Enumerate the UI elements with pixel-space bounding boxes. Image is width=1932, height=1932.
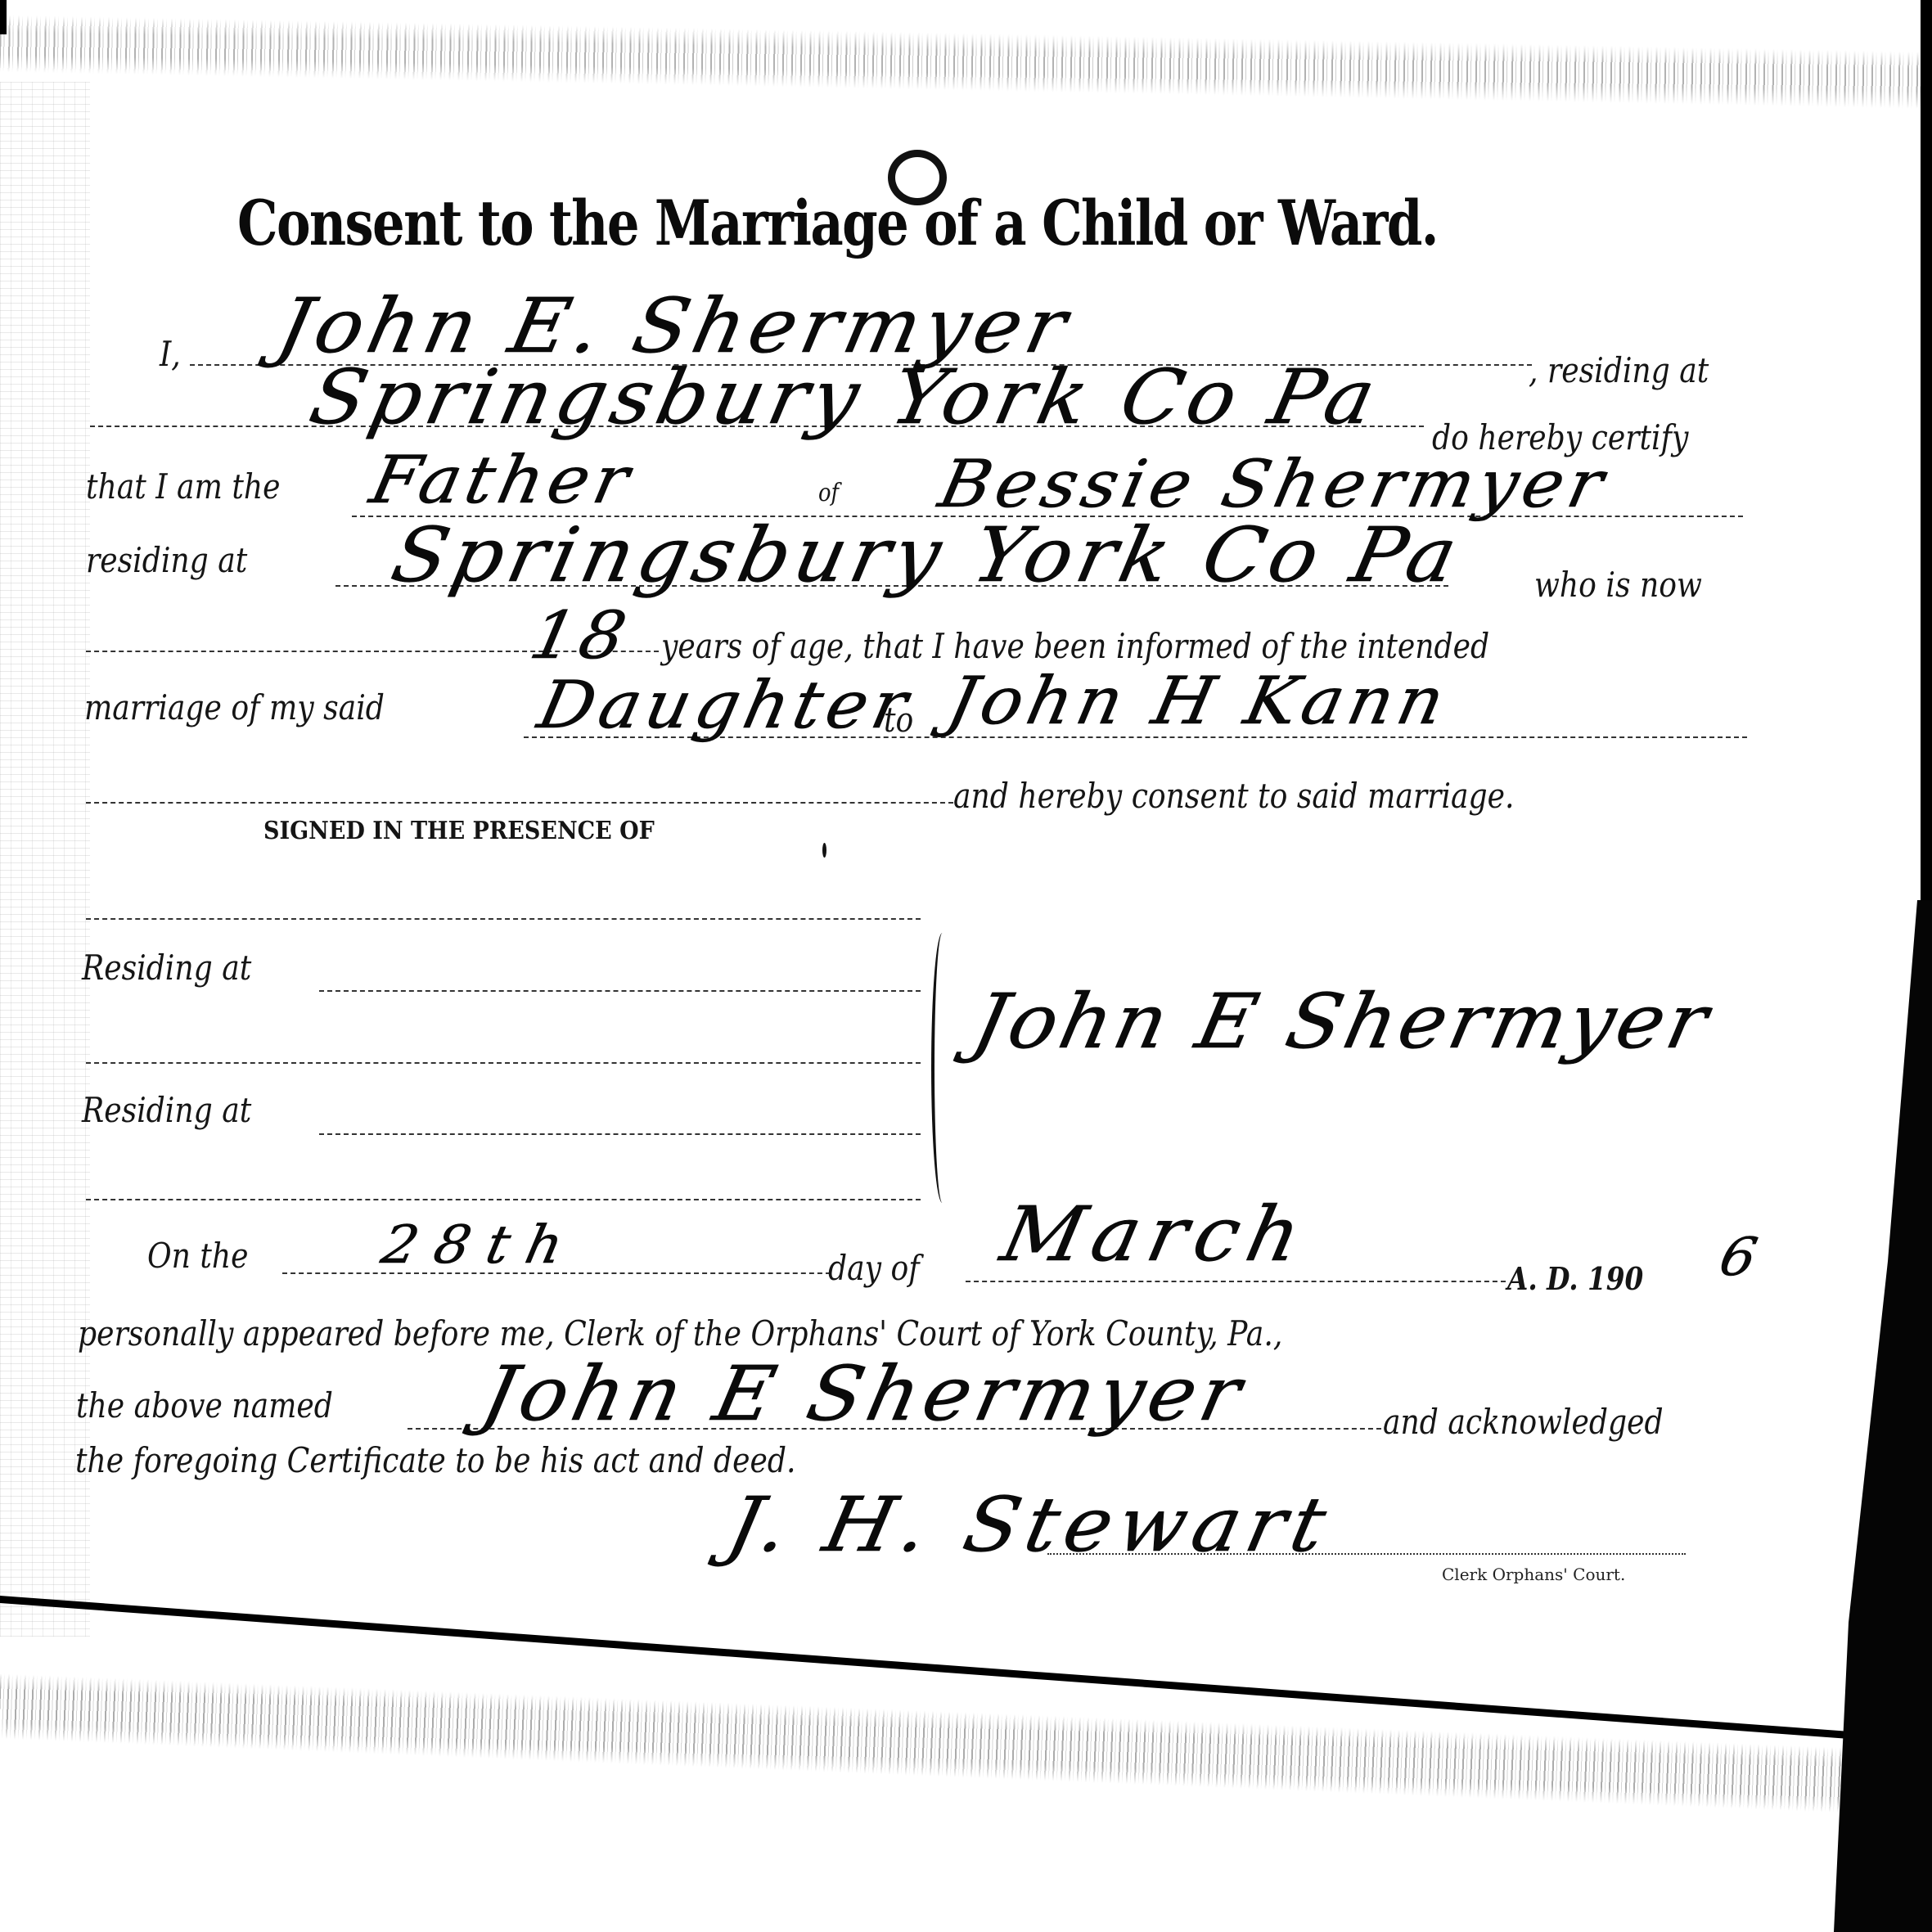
handwritten-ack-name: John E Shermyer [475, 1350, 1254, 1438]
ack-line2: personally appeared before me, Clerk of … [78, 1313, 1282, 1353]
ack-year-prefix: A. D. 190 [1507, 1260, 1643, 1297]
witness-heading: SIGNED IN THE PRESENCE OF [263, 817, 655, 845]
document-title: Consent to the Marriage of a Child or Wa… [237, 187, 1438, 259]
line3-prefix: that I am the [86, 466, 280, 507]
line3-of: of [818, 479, 839, 507]
handwritten-child-residence: Springsbury York Co Pa [385, 511, 1470, 599]
line6-prefix: marriage of my said [84, 687, 385, 727]
parent-signature: John E Shermyer [966, 978, 1718, 1065]
witness-bottom-line[interactable] [86, 1199, 921, 1200]
line4-prefix: residing at [86, 540, 247, 580]
document-page: Consent to the Marriage of a Child or Wa… [0, 0, 1932, 1932]
witness2-residing-label: Residing at [82, 1090, 251, 1130]
handwritten-child-relation: Daughter [532, 667, 919, 743]
witness2-residence-line[interactable] [319, 1133, 921, 1135]
scan-noise-bottom [0, 1673, 1880, 1814]
handwritten-parent-residence: Springsbury York Co Pa [303, 354, 1388, 441]
line5-suffix: years of age, that I have been informed … [661, 626, 1489, 666]
ack-line3-prefix: the above named [76, 1385, 333, 1425]
signature-brace [931, 933, 959, 1203]
clerk-signature-line [1047, 1553, 1686, 1555]
line6-to: to [884, 700, 913, 740]
ack-line1-prefix: On the [147, 1236, 249, 1276]
witness1-residing-label: Residing at [82, 948, 251, 988]
line1-prefix: I, [160, 334, 181, 374]
line7-fill-rule [86, 802, 953, 804]
stray-ink-mark [822, 843, 826, 858]
ack-line3-suffix: and acknowledged [1383, 1402, 1664, 1442]
handwritten-ack-year-digit: 6 [1714, 1227, 1768, 1288]
ack-month-rule [966, 1281, 1506, 1282]
line1-suffix: , residing at [1529, 350, 1709, 390]
line4-suffix: who is now [1534, 565, 1702, 605]
handwritten-ack-day: 28th [376, 1215, 586, 1276]
ack-line1-middle: day of [828, 1248, 920, 1288]
witness2-signature-line[interactable] [86, 1062, 921, 1064]
scan-noise-top [0, 15, 1932, 109]
witness1-signature-line[interactable] [86, 918, 921, 920]
handwritten-ack-month: March [994, 1191, 1317, 1278]
scan-right-shadow [1834, 900, 1932, 1932]
clerk-caption: Clerk Orphans' Court. [1442, 1565, 1625, 1584]
handwritten-relation: Father [364, 442, 641, 518]
ack-line4: the foregoing Certificate to be his act … [75, 1440, 795, 1480]
handwritten-spouse-name: John H Kann [941, 663, 1456, 739]
handwritten-child-age: 18 [524, 597, 637, 673]
clerk-signature: J. H. Stewart [720, 1481, 1340, 1569]
witness1-residence-line[interactable] [319, 990, 921, 992]
line7-suffix: and hereby consent to said marriage. [953, 776, 1514, 816]
